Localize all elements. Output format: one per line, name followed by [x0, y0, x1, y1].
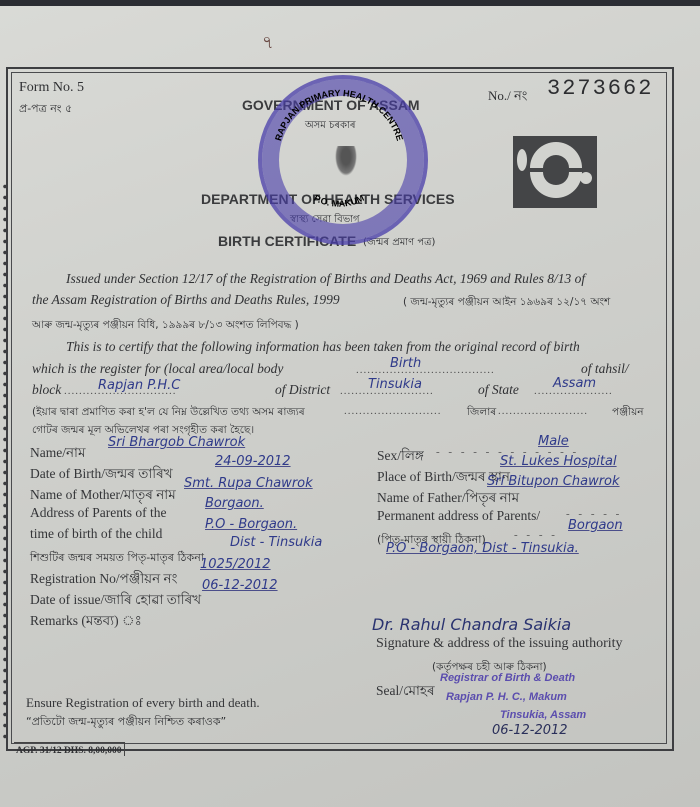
- family-welfare-logo-icon: [513, 136, 597, 208]
- seal-date: 06-12-2012: [492, 723, 568, 738]
- seal-line-3: Tinsukia, Assam: [500, 709, 586, 721]
- certify-line: This is to certify that the following in…: [66, 339, 580, 355]
- state-value: Assam: [553, 376, 596, 391]
- father-name-label: Name of Father/পিতৃৰ নাম: [377, 487, 519, 510]
- tahsil-label: of tahsil/: [581, 361, 629, 377]
- ensure-registration-assamese: “প্ৰতিটো জন্ম-মৃত্যুৰ পঞ্জীয়ন নিশ্চিত ক…: [26, 713, 226, 732]
- assamese-district-word: জিলাৰ: [467, 405, 496, 422]
- print-code: AGP. 31/12 DHS. 8,00,000: [14, 742, 125, 756]
- seal-label: Seal/মোহৰ: [376, 680, 435, 703]
- dash-leader: - - - -: [514, 529, 558, 541]
- address-value-2: P.O - Borgaon.: [205, 517, 297, 532]
- state-label: of State: [478, 382, 519, 398]
- dotted-leader: .....................................: [356, 364, 495, 376]
- name-label: Name/নাম: [30, 442, 85, 465]
- signature-label: Signature & address of the issuing autho…: [376, 636, 623, 652]
- name-value: Sri Bhargob Chawrok: [108, 435, 245, 450]
- mother-name-label: Name of Mother/মাতৃৰ নাম: [30, 484, 176, 507]
- block-label: block: [32, 382, 61, 398]
- register-line-prefix: which is the register for (local area/lo…: [32, 361, 283, 377]
- health-centre-stamp: RAPJAN PRIMARY HEALTH CENTRE P.O. MAKUM: [258, 75, 428, 245]
- district-label: of District: [275, 382, 330, 398]
- sex-label: Sex/লিঙ্গ: [377, 445, 424, 468]
- seal-line-1: Registrar of Birth & Death: [440, 672, 575, 684]
- certificate-number: 3273662: [547, 76, 653, 101]
- assamese-registration-word: পঞ্জীয়ন: [612, 405, 644, 422]
- permanent-address-label: Permanent address of Parents/: [377, 508, 540, 524]
- stamp-top-text: RAPJAN PRIMARY HEALTH CENTRE: [273, 88, 405, 142]
- date-of-issue-value: 06-12-2012: [202, 578, 278, 593]
- preamble-line-2-assamese: ( জন্ম-মৃত্যুৰ পঞ্জীয়ন আইন ১৯৬৯ৰ ১২/১৭ …: [403, 295, 610, 312]
- mother-name-value: Smt. Rupa Chawrok: [184, 476, 313, 491]
- registration-no-value: 1025/2012: [200, 557, 271, 572]
- address-value-1: Borgaon.: [205, 496, 264, 511]
- block-value: Rapjan P.H.C: [98, 378, 180, 393]
- address-label-1: Address of Parents of the: [30, 505, 166, 521]
- address-value-3: Dist - Tinsukia: [230, 535, 322, 550]
- preamble-line-2: the Assam Registration of Births and Dea…: [32, 292, 340, 308]
- dotted-leader: ........................: [498, 405, 588, 417]
- dob-label: Date of Birth/জন্মৰ তাৰিখ: [30, 463, 173, 486]
- seal-line-2: Rapjan P. H. C., Makum: [446, 691, 567, 703]
- address-label-assamese: শিশুটিৰ জন্মৰ সময়ত পিতৃ-মাতৃৰ ঠিকনা: [30, 549, 204, 568]
- form-number-assamese: প্র-পত্র নং ৫: [19, 100, 72, 119]
- assamese-line-1: (ইয়াৰ দ্বাৰা প্ৰমাণিত কৰা হ'ল যে নিম্ন …: [32, 405, 305, 422]
- sex-value: Male: [538, 434, 569, 449]
- district-value: Tinsukia: [368, 377, 422, 392]
- registration-no-label: Registration No/পঞ্জীয়ন নং: [30, 568, 177, 591]
- preamble-line-3-assamese: আৰু জন্ম-মৃত্যুৰ পঞ্জীয়ন বিধি, ১৯৯৯ৰ ৮/…: [32, 318, 299, 335]
- page-mark: ৭: [262, 28, 274, 59]
- address-label-2: time of birth of the child: [30, 526, 162, 542]
- date-of-issue-label: Date of issue/জাৰি হোৱা তাৰিখ: [30, 589, 201, 612]
- place-of-birth-value: St. Lukes Hospital: [500, 454, 617, 469]
- remarks-label: Remarks (মন্তব্য) ঃ: [30, 610, 142, 633]
- dotted-leader: ..........................: [344, 405, 442, 417]
- issuing-authority-signature: Dr. Rahul Chandra Saikia: [372, 615, 571, 634]
- ensure-registration-text: Ensure Registration of every birth and d…: [26, 695, 260, 711]
- local-body-value: Birth: [390, 356, 421, 371]
- form-number: Form No. 5: [19, 80, 84, 96]
- preamble-line-1: Issued under Section 12/17 of the Regist…: [66, 271, 585, 287]
- permanent-address-value-1: Borgaon: [568, 518, 623, 533]
- father-name-value: Sri Bitupon Chawrok: [487, 474, 620, 489]
- number-label: No./ নং: [488, 87, 527, 108]
- dob-value: 24-09-2012: [215, 454, 291, 469]
- permanent-address-value-2: P.O - Borgaon, Dist - Tinsukia.: [386, 541, 579, 556]
- stamp-bottom-text: P.O. MAKUM: [312, 193, 365, 209]
